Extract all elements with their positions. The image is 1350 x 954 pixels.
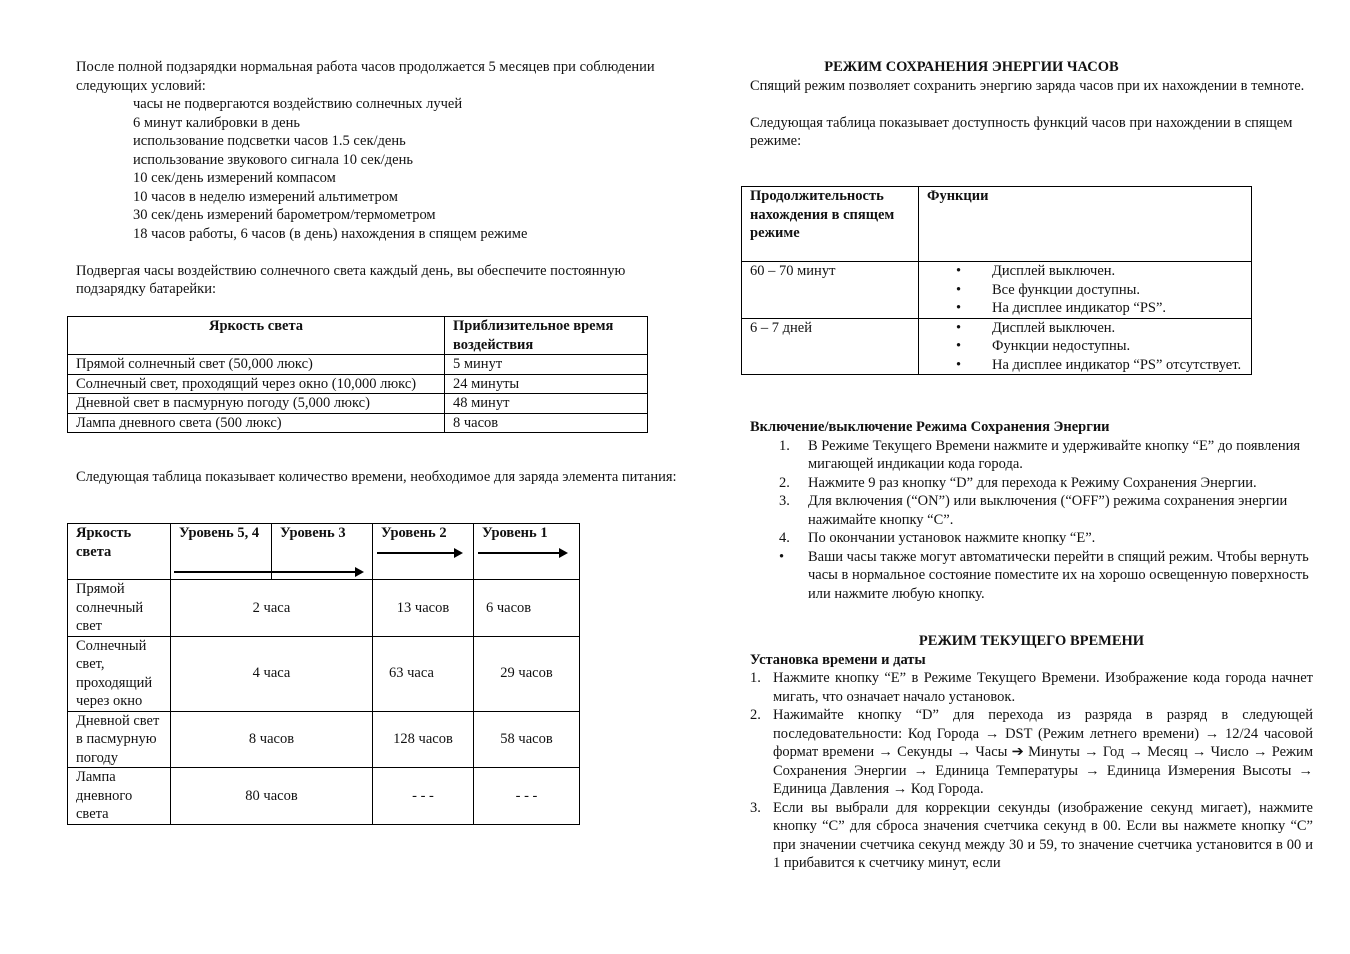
table-row: Прямой солнечный свет 2 часа 13 часов 6 … <box>68 580 580 637</box>
table-row: Лампа дневного света 80 часов - - - - - … <box>68 768 580 825</box>
table-cell: 6 часов <box>474 580 580 637</box>
charge-table: Яркость света Уровень 5, 4 Уровень 3 Уро… <box>67 523 580 825</box>
table-cell: 29 часов <box>474 636 580 711</box>
table-header-row: Продолжительность нахождения в спящем ре… <box>742 187 1252 262</box>
condition-item: 18 часов работы, 6 часов (в день) нахожд… <box>133 225 696 244</box>
toggle-section: Включение/выключение Режима Сохранения Э… <box>750 418 1313 603</box>
table-cell: - - - <box>373 768 474 825</box>
section-title: РЕЖИМ ТЕКУЩЕГО ВРЕМЕНИ <box>750 632 1313 651</box>
arrow-icon <box>377 552 461 554</box>
list-item: 2.Нажимайте кнопку “D” для перехода из р… <box>750 706 1313 799</box>
exposure-table: Яркость света Приблизительное время возд… <box>67 316 648 433</box>
list-item: На дисплее индикатор “PS” отсутствует. <box>984 356 1243 375</box>
table-cell: 4 часа <box>171 636 373 711</box>
list-item: Все функции доступны. <box>984 281 1243 300</box>
time-steps: 1.Нажмите кнопку “E” в Режиме Текущего В… <box>750 669 1313 873</box>
section-subheading: Установка времени и даты <box>750 651 1313 670</box>
intro-paragraph: После полной подзарядки нормальная работ… <box>76 58 696 95</box>
table-header: Функции <box>919 187 1252 262</box>
table-row: Солнечный свет, проходящий через окно (1… <box>68 374 648 394</box>
section-title: РЕЖИМ СОХРАНЕНИЯ ЭНЕРГИИ ЧАСОВ <box>750 58 1313 77</box>
table-cell: Дисплей выключен. Все функции доступны. … <box>919 262 1252 319</box>
condition-item: 6 минут калибровки в день <box>133 114 696 133</box>
list-item: 3.Для включения (“ON”) или выключения (“… <box>750 492 1313 529</box>
condition-item: 30 сек/день измерений барометром/термоме… <box>133 206 696 225</box>
table-cell: 63 часа <box>373 636 474 711</box>
table-row: Прямой солнечный свет (50,000 люкс) 5 ми… <box>68 355 648 375</box>
table-header: Уровень 1 <box>474 524 580 580</box>
table-cell: Дневной свет в пасмурную погоду (5,000 л… <box>68 394 445 414</box>
charge-intro: Следующая таблица показывает количество … <box>76 468 696 487</box>
table-cell: 8 часов <box>171 711 373 768</box>
condition-item: использование подсветки часов 1.5 сек/де… <box>133 132 696 151</box>
table-row: Дневной свет в пасмурную погоду (5,000 л… <box>68 394 648 414</box>
table-cell: 128 часов <box>373 711 474 768</box>
list-item: 3.Если вы выбрали для коррекции секунды … <box>750 799 1313 873</box>
condition-item: часы не подвергаются воздействию солнечн… <box>133 95 696 114</box>
table-header: Яркость света <box>68 524 171 580</box>
table-cell: Прямой солнечный свет (50,000 люкс) <box>68 355 445 375</box>
table-header: Яркость света <box>68 317 445 355</box>
table-cell: 13 часов <box>373 580 474 637</box>
table-cell: 58 часов <box>474 711 580 768</box>
right-column: РЕЖИМ СОХРАНЕНИЯ ЭНЕРГИИ ЧАСОВ Спящий ре… <box>750 58 1313 151</box>
list-item: Дисплей выключен. <box>984 262 1243 281</box>
list-item: 4.По окончании установок нажмите кнопку … <box>750 529 1313 548</box>
power-table-intro: Следующая таблица показывает доступность… <box>750 114 1313 151</box>
table-cell: Солнечный свет, проходящий через окно <box>68 636 171 711</box>
table-row: Лампа дневного света (500 люкс) 8 часов <box>68 413 648 433</box>
table-header: Уровень 3 <box>272 524 373 580</box>
section-heading: Включение/выключение Режима Сохранения Э… <box>750 418 1313 437</box>
exposure-intro: Подвергая часы воздействию солнечного св… <box>76 262 696 299</box>
table-header: Приблизительное время воздействия <box>445 317 648 355</box>
table-cell: 60 – 70 минут <box>742 262 919 319</box>
conditions-list: часы не подвергаются воздействию солнечн… <box>76 95 696 243</box>
list-item: Дисплей выключен. <box>984 319 1243 338</box>
table-cell: 6 – 7 дней <box>742 318 919 375</box>
list-item: •Ваши часы также могут автоматически пер… <box>750 548 1313 604</box>
table-row: 60 – 70 минут Дисплей выключен. Все функ… <box>742 262 1252 319</box>
table-cell: Солнечный свет, проходящий через окно (1… <box>68 374 445 394</box>
condition-item: 10 часов в неделю измерений альтиметром <box>133 188 696 207</box>
list-item: 2.Нажмите 9 раз кнопку “D” для перехода … <box>750 474 1313 493</box>
table-row: 6 – 7 дней Дисплей выключен. Функции нед… <box>742 318 1252 375</box>
table-cell: Дисплей выключен. Функции недоступны. На… <box>919 318 1252 375</box>
table-cell: Лампа дневного света <box>68 768 171 825</box>
condition-item: использование звукового сигнала 10 сек/д… <box>133 151 696 170</box>
power-intro: Спящий режим позволяет сохранить энергию… <box>750 77 1313 96</box>
list-item: На дисплее индикатор “PS”. <box>984 299 1243 318</box>
table-header: Уровень 5, 4 <box>171 524 272 580</box>
condition-item: 10 сек/день измерений компасом <box>133 169 696 188</box>
table-cell: 48 минут <box>445 394 648 414</box>
time-section: РЕЖИМ ТЕКУЩЕГО ВРЕМЕНИ Установка времени… <box>750 632 1313 873</box>
sleep-table: Продолжительность нахождения в спящем ре… <box>741 186 1252 375</box>
table-cell: Прямой солнечный свет <box>68 580 171 637</box>
table-cell: 80 часов <box>171 768 373 825</box>
arrow-icon <box>478 552 566 554</box>
list-item: Функции недоступны. <box>984 337 1243 356</box>
table-row: Дневной свет в пасмурную погоду 8 часов … <box>68 711 580 768</box>
table-cell: Лампа дневного света (500 люкс) <box>68 413 445 433</box>
list-item: 1.В Режиме Текущего Времени нажмите и уд… <box>750 437 1313 474</box>
table-cell: Дневной свет в пасмурную погоду <box>68 711 171 768</box>
list-item: 1.Нажмите кнопку “E” в Режиме Текущего В… <box>750 669 1313 706</box>
table-header: Уровень 2 <box>373 524 474 580</box>
table-row: Солнечный свет, проходящий через окно 4 … <box>68 636 580 711</box>
table-header: Продолжительность нахождения в спящем ре… <box>742 187 919 262</box>
table-cell: 5 минут <box>445 355 648 375</box>
table-cell: - - - <box>474 768 580 825</box>
table-cell: 2 часа <box>171 580 373 637</box>
table-cell: 8 часов <box>445 413 648 433</box>
left-column: После полной подзарядки нормальная работ… <box>76 58 696 299</box>
table-cell: 24 минуты <box>445 374 648 394</box>
table-header-row: Яркость света Уровень 5, 4 Уровень 3 Уро… <box>68 524 580 580</box>
toggle-steps: 1.В Режиме Текущего Времени нажмите и уд… <box>750 437 1313 604</box>
table-header-row: Яркость света Приблизительное время возд… <box>68 317 648 355</box>
